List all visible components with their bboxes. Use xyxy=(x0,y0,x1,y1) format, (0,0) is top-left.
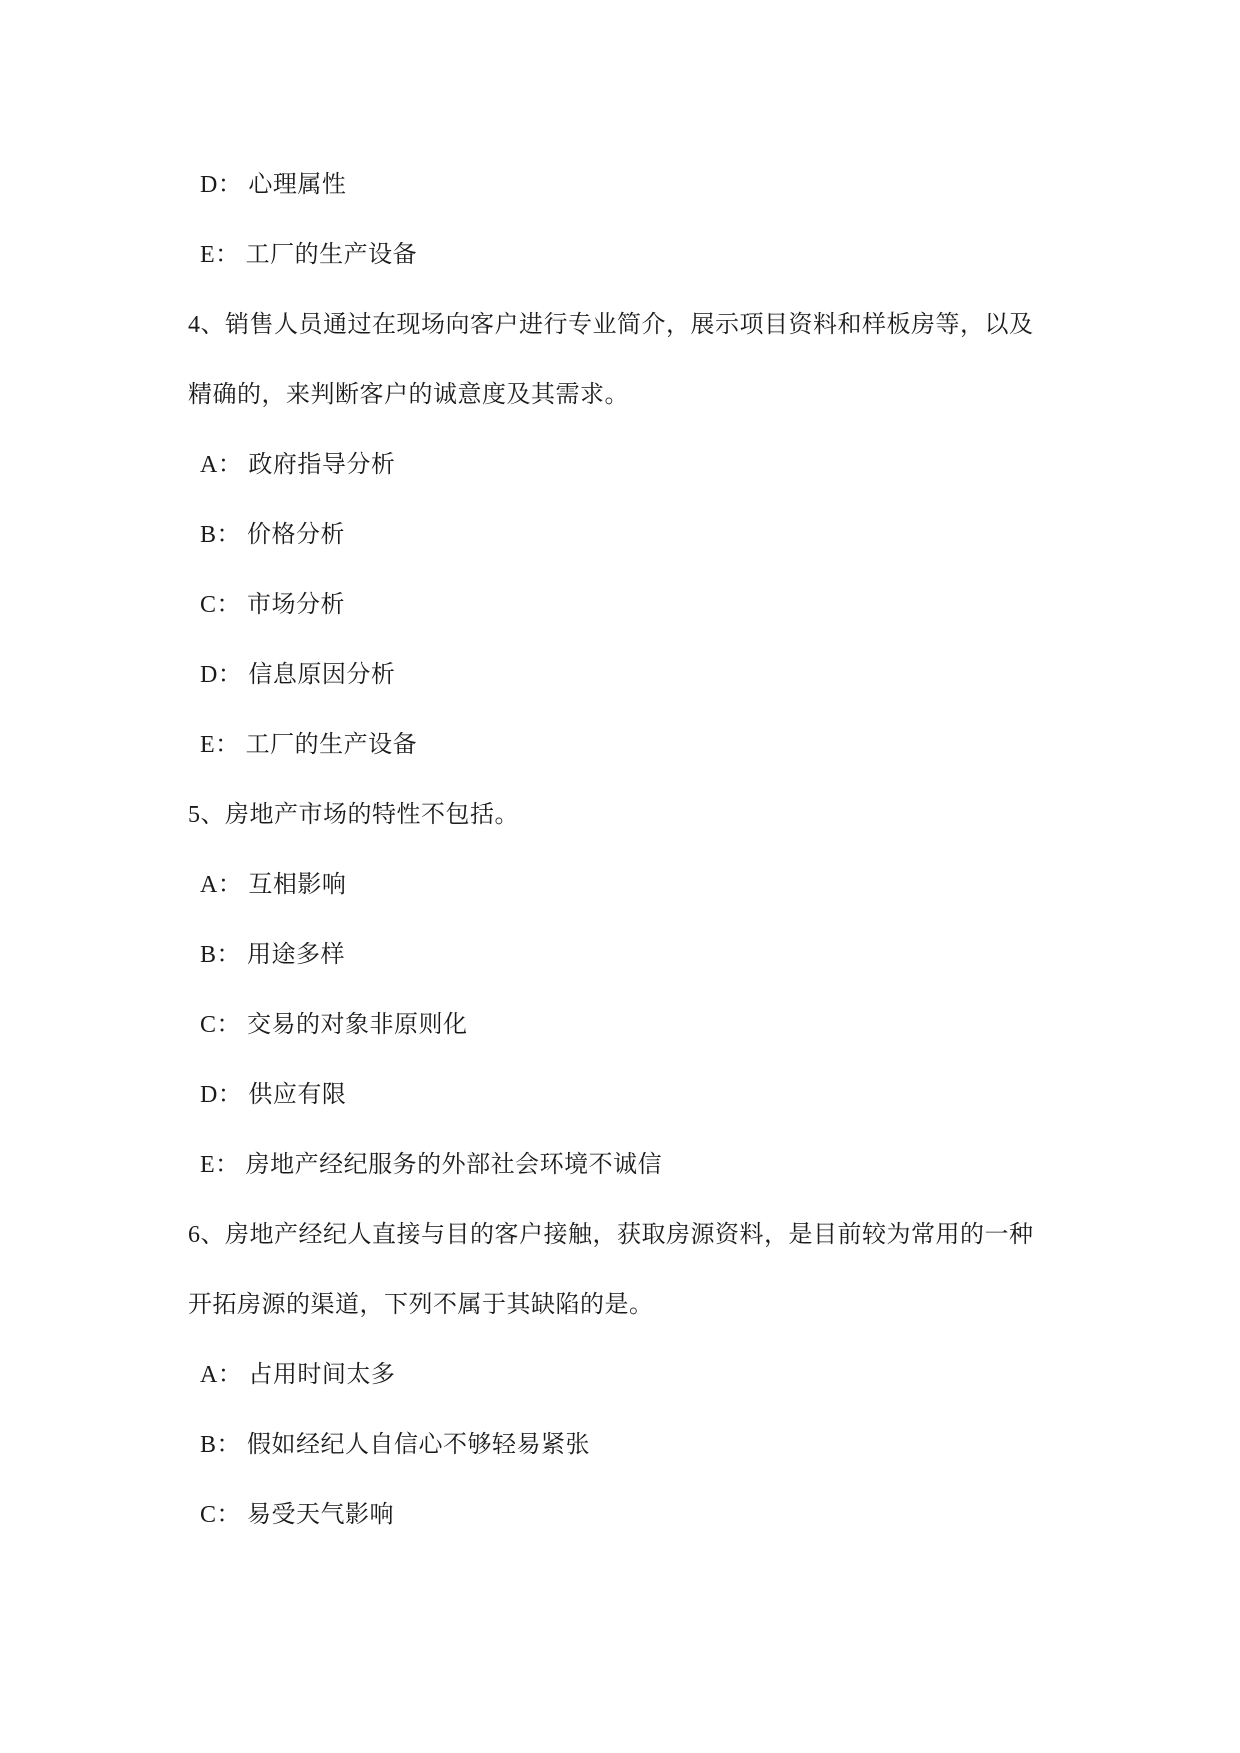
option-d-prev: D：心理属性 xyxy=(200,170,346,200)
option-text: 用途多样 xyxy=(247,942,345,968)
question-6-stem-line-2: 开拓房源的渠道，下列不属于其缺陷的是。 xyxy=(188,1290,654,1320)
option-label: B： xyxy=(200,1430,241,1460)
option-text: 交易的对象非原则化 xyxy=(247,1012,468,1038)
question-4-option-e: E：工厂的生产设备 xyxy=(200,730,417,760)
question-4-option-a: A：政府指导分析 xyxy=(200,450,395,480)
question-5-option-a: A：互相影响 xyxy=(200,870,346,900)
option-label: C： xyxy=(200,1500,241,1530)
option-label: E： xyxy=(200,1150,240,1180)
question-4-stem-line-2: 精确的，来判断客户的诚意度及其需求。 xyxy=(188,380,629,410)
option-text: 心理属性 xyxy=(248,172,346,198)
option-text: 市场分析 xyxy=(247,592,345,618)
option-label: C： xyxy=(200,590,241,620)
option-e-prev: E：工厂的生产设备 xyxy=(200,240,417,270)
option-label: D： xyxy=(200,170,242,200)
option-label: D： xyxy=(200,1080,242,1110)
option-label: A： xyxy=(200,870,242,900)
option-text: 房地产经纪服务的外部社会环境不诚信 xyxy=(246,1152,663,1178)
question-5-option-e: E：房地产经纪服务的外部社会环境不诚信 xyxy=(200,1150,662,1180)
option-text: 政府指导分析 xyxy=(248,452,395,478)
document-page: D：心理属性 E：工厂的生产设备 4、销售人员通过在现场向客户进行专业简介，展示… xyxy=(0,0,1240,1753)
question-4-option-d: D：信息原因分析 xyxy=(200,660,395,690)
option-text: 信息原因分析 xyxy=(248,662,395,688)
question-4-stem-line-1: 4、销售人员通过在现场向客户进行专业简介，展示项目资料和样板房等，以及 xyxy=(188,310,1034,340)
question-6-stem-line-1: 6、房地产经纪人直接与目的客户接触，获取房源资料，是目前较为常用的一种 xyxy=(188,1220,1034,1250)
option-text: 易受天气影响 xyxy=(247,1502,394,1528)
option-label: B： xyxy=(200,940,241,970)
option-text: 工厂的生产设备 xyxy=(246,242,418,268)
question-6-option-b: B：假如经纪人自信心不够轻易紧张 xyxy=(200,1430,590,1460)
question-4-option-b: B：价格分析 xyxy=(200,520,345,550)
option-text: 互相影响 xyxy=(248,872,346,898)
option-text: 假如经纪人自信心不够轻易紧张 xyxy=(247,1432,590,1458)
option-label: E： xyxy=(200,240,240,270)
question-6-option-c: C：易受天气影响 xyxy=(200,1500,394,1530)
question-5-option-c: C：交易的对象非原则化 xyxy=(200,1010,468,1040)
option-label: A： xyxy=(200,1360,242,1390)
question-5-option-b: B：用途多样 xyxy=(200,940,345,970)
question-6-option-a: A：占用时间太多 xyxy=(200,1360,395,1390)
option-label: B： xyxy=(200,520,241,550)
option-label: E： xyxy=(200,730,240,760)
option-text: 价格分析 xyxy=(247,522,345,548)
option-text: 占用时间太多 xyxy=(248,1362,395,1388)
question-4-option-c: C：市场分析 xyxy=(200,590,345,620)
option-label: C： xyxy=(200,1010,241,1040)
question-5-stem-line-1: 5、房地产市场的特性不包括。 xyxy=(188,800,519,830)
option-label: A： xyxy=(200,450,242,480)
question-5-option-d: D：供应有限 xyxy=(200,1080,346,1110)
option-text: 工厂的生产设备 xyxy=(246,732,418,758)
option-label: D： xyxy=(200,660,242,690)
option-text: 供应有限 xyxy=(248,1082,346,1108)
